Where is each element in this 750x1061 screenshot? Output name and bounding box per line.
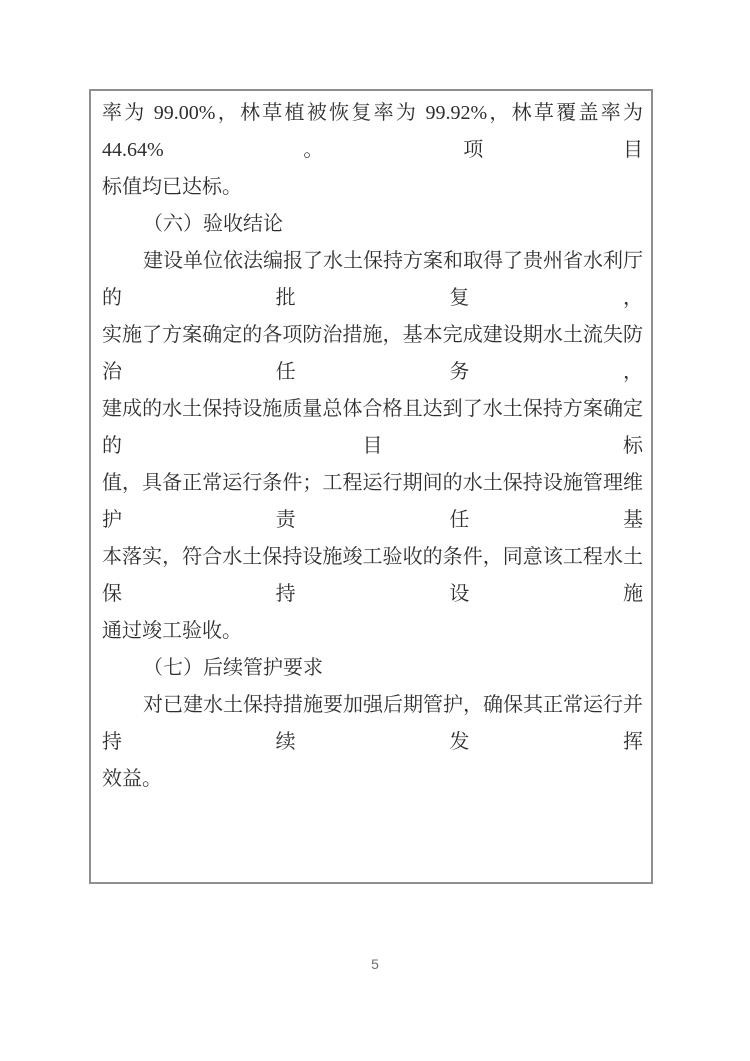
text-line: 实施了方案确定的各项防治措施，基本完成建设期水土流失防治任务，: [102, 317, 643, 391]
text-line: 对已建水土保持措施要加强后期管护，确保其正常运行并持续发挥: [102, 687, 643, 761]
text-line: 建成的水土保持设施质量总体合格且达到了水土保持方案确定的目标: [102, 391, 643, 465]
text-line: 通过竣工验收。: [102, 613, 643, 650]
section-heading: （六）验收结论: [102, 206, 643, 243]
text-line: 建设单位依法编报了水土保持方案和取得了贵州省水利厅的批复，: [102, 243, 643, 317]
text-line: 效益。: [102, 761, 643, 798]
text-line: 本落实，符合水土保持设施竣工验收的条件，同意该工程水土保持设施: [102, 539, 643, 613]
text-line: 率为 99.00%，林草植被恢复率为 99.92%，林草覆盖率为 44.64%。…: [102, 95, 643, 169]
page-number: 5: [0, 956, 750, 972]
text-line: 标值均已达标。: [102, 169, 643, 206]
section-heading: （七）后续管护要求: [102, 650, 643, 687]
content-cell: 率为 99.00%，林草植被恢复率为 99.92%，林草覆盖率为 44.64%。…: [89, 89, 653, 884]
document-page: { "doc": { "lines": [ "率为 99.00%，林草植被恢复率…: [0, 0, 750, 1061]
text-line: 值，具备正常运行条件；工程运行期间的水土保持设施管理维护责任基: [102, 465, 643, 539]
